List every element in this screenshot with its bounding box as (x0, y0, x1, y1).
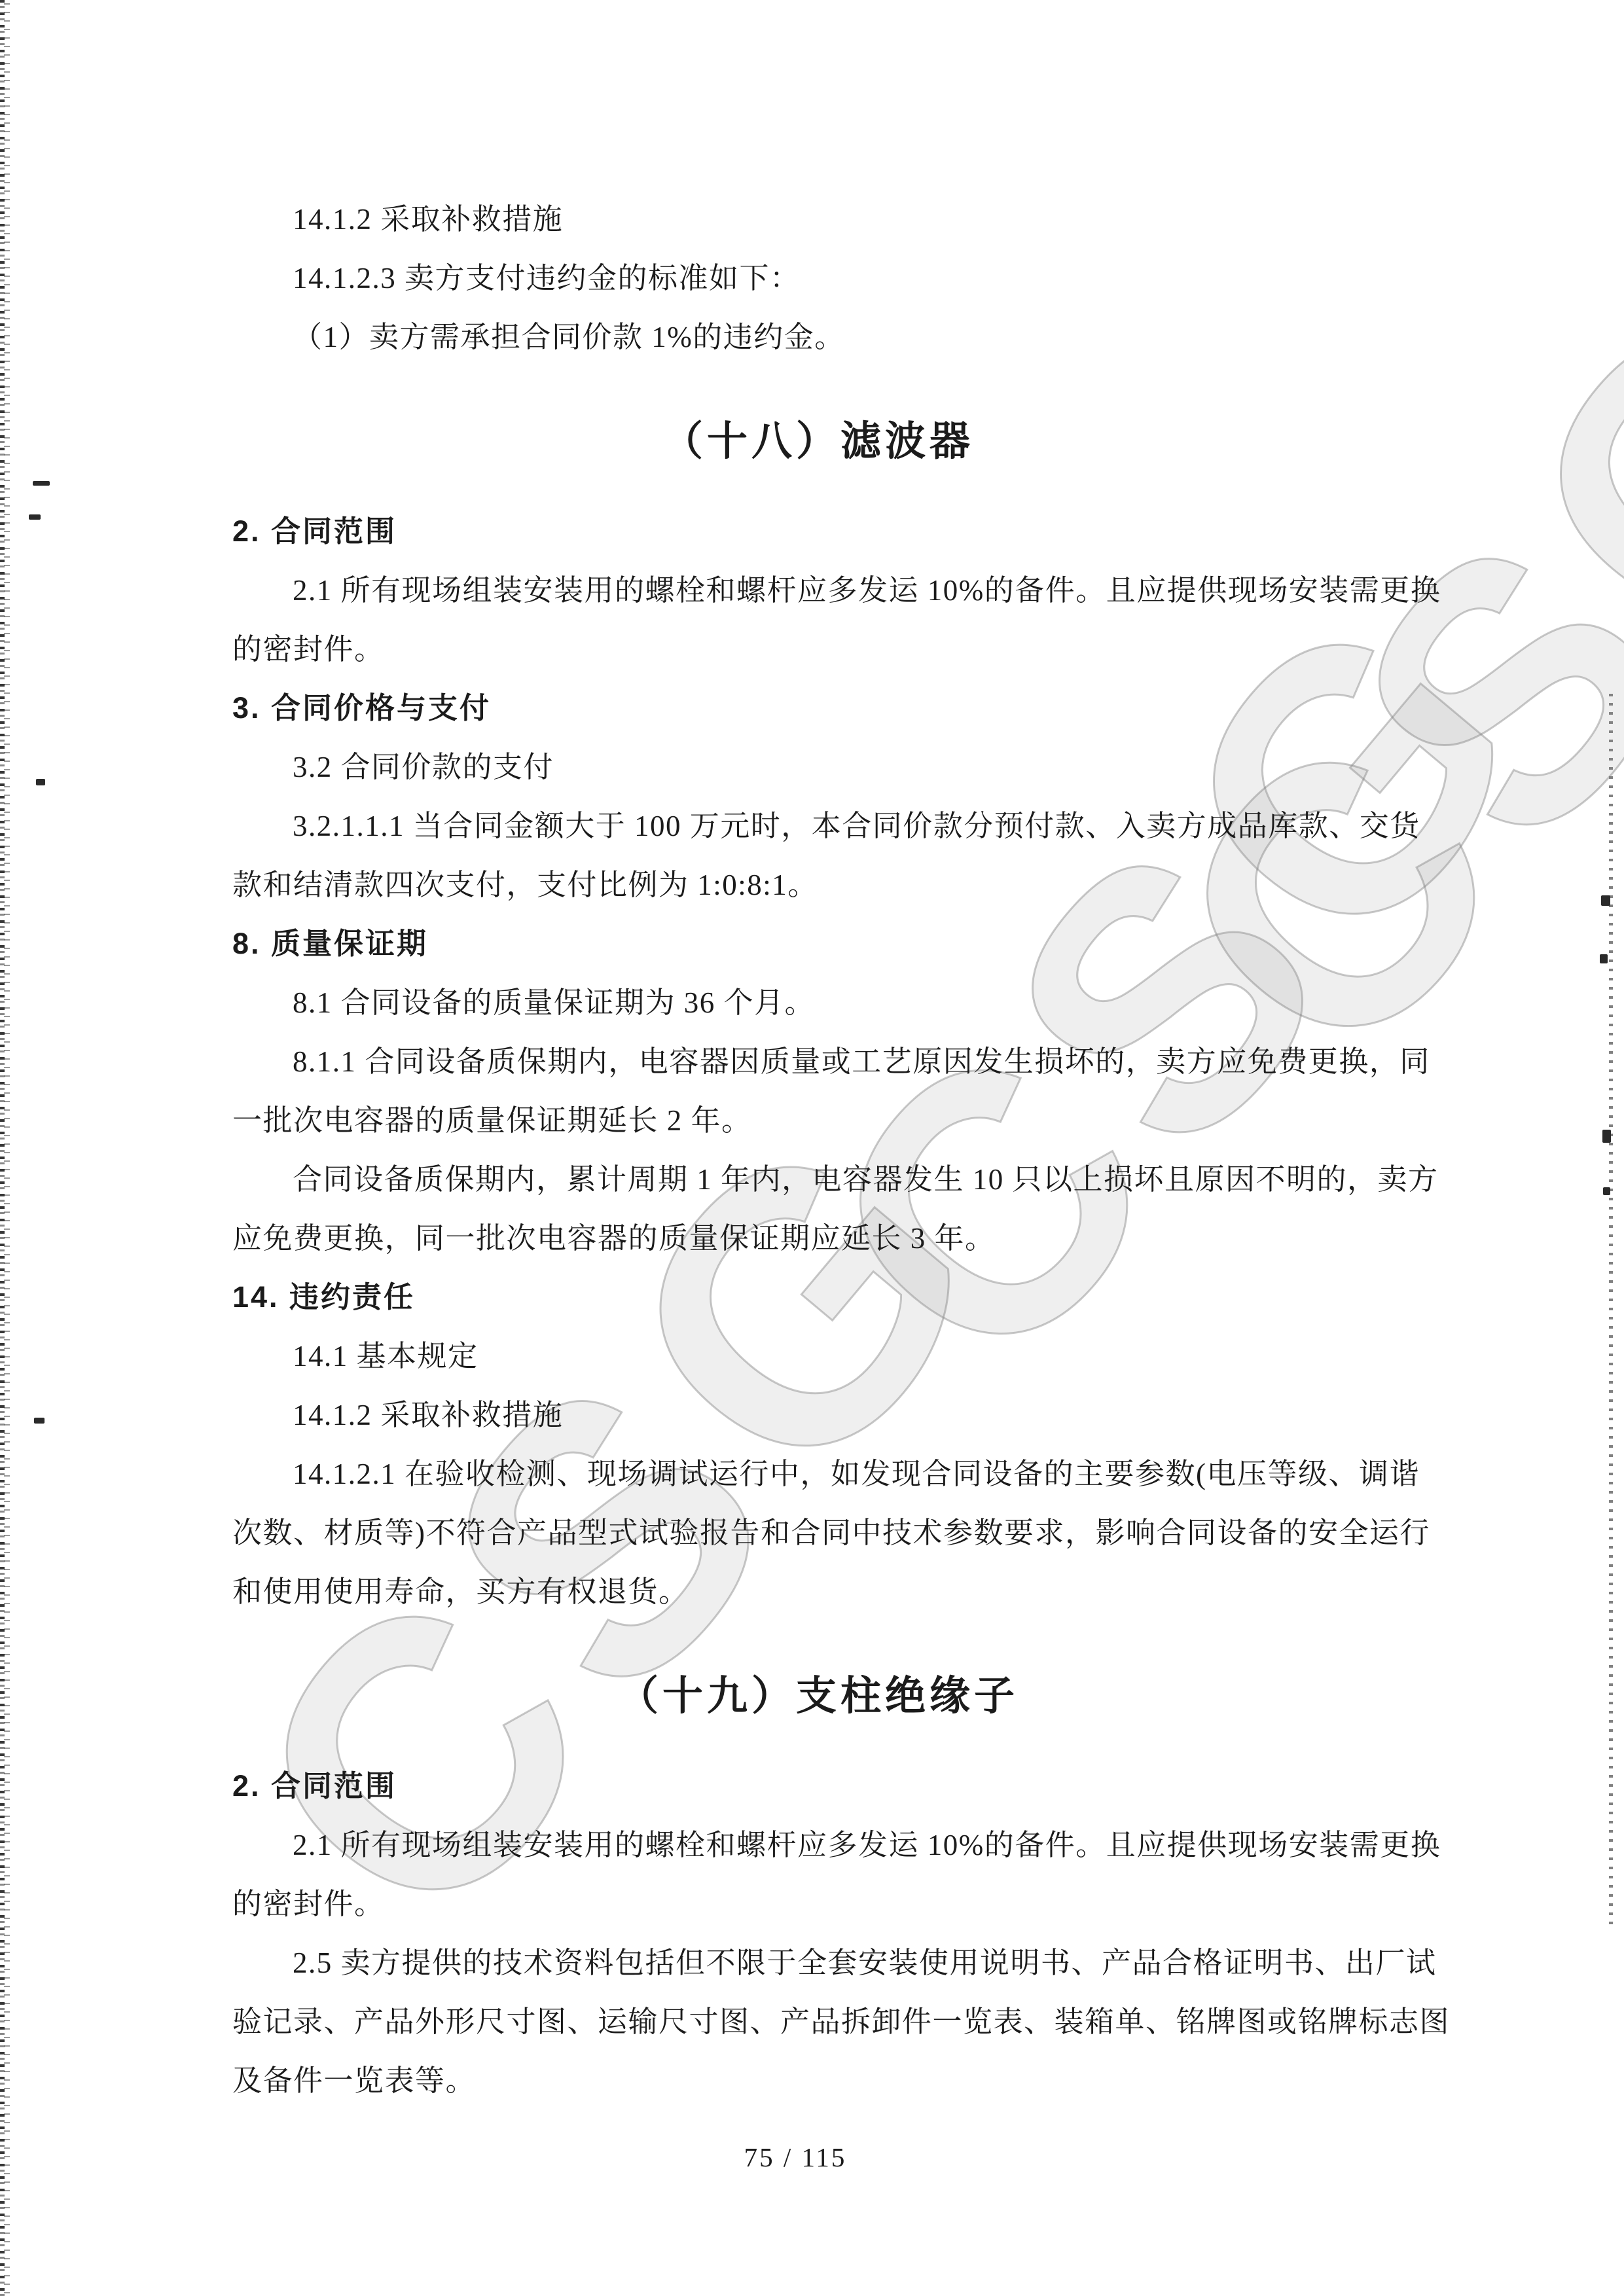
text-line: 14.1.2 采取补救措施 (232, 190, 1404, 249)
text-line: 和使用使用寿命，买方有权退货。 (232, 1562, 1404, 1621)
chapter-heading: （十八）滤波器 (232, 412, 1404, 471)
text-line: 一批次电容器的质量保证期延长 2 年。 (232, 1091, 1404, 1150)
scan-speck (36, 779, 45, 785)
scan-edge-noise-left (0, 0, 10, 2296)
text-line: 14.1.2.3 卖方支付违约金的标准如下： (232, 249, 1404, 308)
text-line: 8.1.1 合同设备质保期内，电容器因质量或工艺原因发生损坏的，卖方应免费更换，… (232, 1032, 1404, 1091)
scanned-contract-page: { "page": { "width": 2481, "height": 350… (0, 0, 1624, 2296)
scan-speck (1601, 895, 1610, 906)
text-line: 8.1 合同设备的质量保证期为 36 个月。 (232, 973, 1404, 1032)
scan-speck (1603, 1187, 1610, 1195)
scan-speck (29, 514, 41, 520)
text-line: 14.1.2.1 在验收检测、现场调试运行中，如发现合同设备的主要参数(电压等级… (232, 1444, 1404, 1503)
section-heading: 2. 合同范围 (232, 502, 1404, 561)
text-line: 应免费更换，同一批次电容器的质量保证期应延长 3 年。 (232, 1209, 1404, 1268)
text-line: 2.1 所有现场组装安装用的螺栓和螺杆应多发运 10%的备件。且应提供现场安装需… (232, 1816, 1404, 1874)
section-heading: 2. 合同范围 (232, 1757, 1404, 1816)
text-line: 3.2.1.1.1 当合同金额大于 100 万元时，本合同价款分预付款、入卖方成… (232, 797, 1404, 855)
text-line: 验记录、产品外形尺寸图、运输尺寸图、产品拆卸件一览表、装箱单、铭牌图或铭牌标志图 (232, 1992, 1404, 2051)
page-number: 75 / 115 (232, 2142, 1358, 2173)
chapter-heading: （十九）支柱绝缘子 (232, 1667, 1404, 1726)
text-line: 2.1 所有现场组装安装用的螺栓和螺杆应多发运 10%的备件。且应提供现场安装需… (232, 561, 1404, 620)
text-line: 及备件一览表等。 (232, 2051, 1404, 2110)
text-line: （1）卖方需承担合同价款 1%的违约金。 (232, 308, 1404, 367)
scan-speck (34, 1418, 45, 1424)
section-heading: 3. 合同价格与支付 (232, 679, 1404, 738)
text-line: 次数、材质等)不符合产品型式试验报告和合同中技术参数要求，影响合同设备的安全运行 (232, 1503, 1404, 1562)
text-line: 2.5 卖方提供的技术资料包括但不限于全套安装使用说明书、产品合格证明书、出厂试 (232, 1933, 1404, 1992)
scan-speck (1600, 954, 1608, 963)
document-body: 14.1.2 采取补救措施14.1.2.3 卖方支付违约金的标准如下：（1）卖方… (232, 190, 1404, 2110)
text-line: 的密封件。 (232, 620, 1404, 679)
text-line: 的密封件。 (232, 1874, 1404, 1933)
section-heading: 14. 违约责任 (232, 1268, 1404, 1327)
text-line: 3.2 合同价款的支付 (232, 738, 1404, 797)
text-line: 14.1 基本规定 (232, 1327, 1404, 1386)
scan-edge-noise-right (1609, 694, 1613, 1924)
text-line: 款和结清款四次支付，支付比例为 1:0:8:1。 (232, 855, 1404, 914)
scan-speck (1602, 1130, 1611, 1143)
section-heading: 8. 质量保证期 (232, 914, 1404, 973)
text-line: 合同设备质保期内，累计周期 1 年内，电容器发生 10 只以上损坏且原因不明的，… (232, 1150, 1404, 1209)
text-line: 14.1.2 采取补救措施 (232, 1386, 1404, 1444)
scan-speck (33, 481, 50, 486)
